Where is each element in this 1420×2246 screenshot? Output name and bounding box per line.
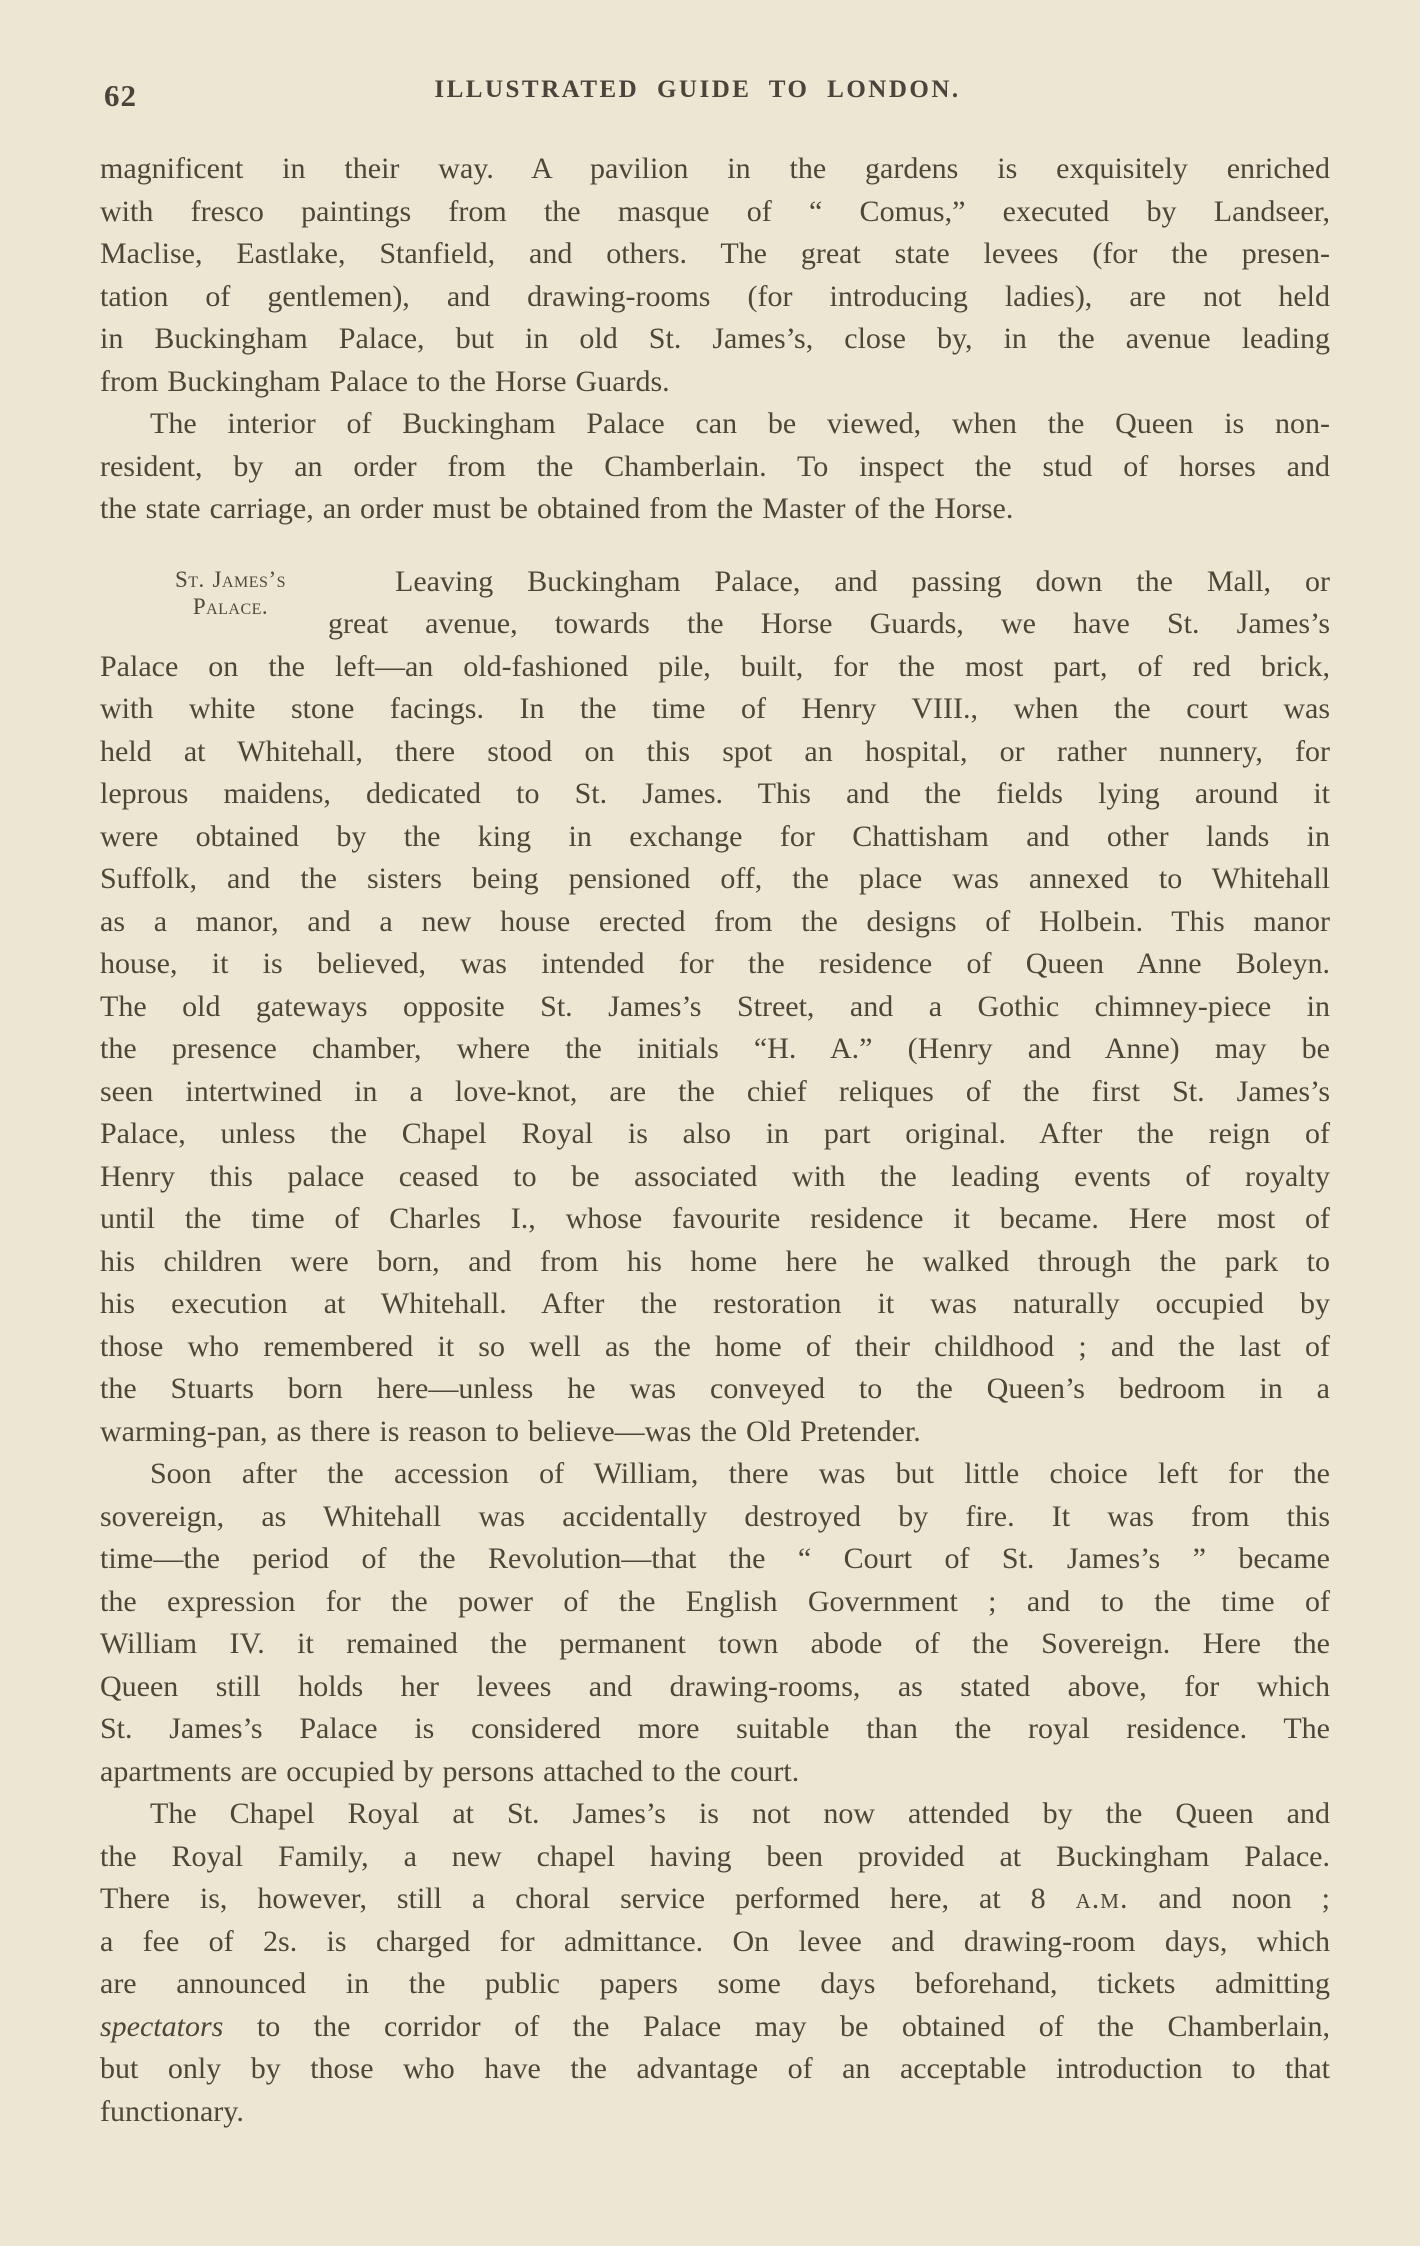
margin-sidenote: St. James’sPalace. [138,566,323,621]
text-line: There is, however, still a choral servic… [100,1878,1330,1921]
text-line: until the time of Charles I., whose favo… [100,1198,1330,1241]
text-segment: the state carriage, an order must be obt… [100,492,1013,525]
text-segment: are announced in the public papers some … [100,1967,1330,2000]
text-line: those who remembered it so well as the h… [100,1326,1330,1369]
text-line: with fresco paintings from the masque of… [100,191,1330,234]
text-segment: Leaving Buckingham Palace, and passing d… [395,565,1330,598]
text-line: sovereign, as Whitehall was accidentally… [100,1496,1330,1539]
text-line: were obtained by the king in exchange fo… [100,816,1330,859]
book-page: 62 ILLUSTRATED GUIDE TO LONDON. magnific… [0,0,1420,2246]
text-segment: Suffolk, and the sisters being pensioned… [100,862,1330,895]
text-line: Palace on the left—an old-fashioned pile… [100,646,1330,689]
text-segment: the expression for the power of the Engl… [100,1585,1330,1618]
text-line: Maclise, Eastlake, Stanfield, and others… [100,233,1330,276]
text-segment: apartments are occupied by persons attac… [100,1755,799,1788]
text-segment: tation of gentlemen), and drawing-rooms … [100,280,1330,313]
paragraph-pavilion-levees: magnificent in their way. A pavilion in … [100,148,1330,403]
text-line: The interior of Buckingham Palace can be… [100,403,1330,446]
text-line: as a manor, and a new house erected from… [100,901,1330,944]
text-segment: but only by those who have the advantage… [100,2052,1330,2085]
paragraph-interior-viewing: The interior of Buckingham Palace can be… [100,403,1330,531]
text-line: The Chapel Royal at St. James’s is not n… [100,1793,1330,1836]
text-line: Soon after the accession of William, the… [100,1453,1330,1496]
text-line: warming-pan, as there is reason to belie… [100,1411,1330,1454]
text-segment: The Chapel Royal at St. James’s is not n… [150,1797,1330,1830]
text-segment: the Royal Family, a new chapel having be… [100,1840,1330,1873]
text-segment: time—the period of the Revolution—that t… [100,1542,1330,1575]
text-line: the expression for the power of the Engl… [100,1581,1330,1624]
text-segment: house, it is believed, was intended for … [100,947,1330,980]
text-line: William IV. it remained the permanent to… [100,1623,1330,1666]
text-line: The old gateways opposite St. James’s St… [100,986,1330,1029]
text-segment: Maclise, Eastlake, Stanfield, and others… [100,237,1330,270]
paragraph-chapel-royal: The Chapel Royal at St. James’s is not n… [100,1793,1330,2133]
text-line: magnificent in their way. A pavilion in … [100,148,1330,191]
text-line: held at Whitehall, there stood on this s… [100,731,1330,774]
text-segment-italic: spectators [100,2010,223,2043]
sidenote-line: St. James’s [138,566,323,594]
body-text: magnificent in their way. A pavilion in … [100,148,1330,2133]
text-segment: Soon after the accession of William, the… [150,1457,1330,1490]
text-segment: were obtained by the king in exchange fo… [100,820,1330,853]
text-segment: functionary. [100,2095,244,2128]
text-segment: held at Whitehall, there stood on this s… [100,735,1330,768]
text-segment: until the time of Charles I., whose favo… [100,1202,1330,1235]
text-line: Queen still holds her levees and drawing… [100,1666,1330,1709]
text-line: in Buckingham Palace, but in old St. Jam… [100,318,1330,361]
text-line: time—the period of the Revolution—that t… [100,1538,1330,1581]
text-line: seen intertwined in a love-knot, are the… [100,1071,1330,1114]
text-segment: resident, by an order from the Chamberla… [100,450,1330,483]
text-line: Palace, unless the Chapel Royal is also … [100,1113,1330,1156]
text-segment: his children were born, and from his hom… [100,1245,1330,1278]
text-segment: the presence chamber, where the initials… [100,1032,1330,1065]
text-segment: as a manor, and a new house erected from… [100,905,1330,938]
text-segment: sovereign, as Whitehall was accidentally… [100,1500,1330,1533]
text-line: spectators to the corridor of the Palace… [100,2006,1330,2049]
text-segment: to the corridor of the Palace may be obt… [223,2010,1330,2043]
text-line: tation of gentlemen), and drawing-rooms … [100,276,1330,319]
text-segment-smallcaps: a.m. [1076,1882,1129,1915]
text-segment: from Buckingham Palace to the Horse Guar… [100,365,670,398]
text-line: the presence chamber, where the initials… [100,1028,1330,1071]
text-line: Suffolk, and the sisters being pensioned… [100,858,1330,901]
paragraph-st-james-palace-history: St. James’sPalace.Leaving Buckingham Pal… [100,561,1330,1454]
text-line: Henry this palace ceased to be associate… [100,1156,1330,1199]
text-segment: Henry this palace ceased to be associate… [100,1160,1330,1193]
text-segment: Palace, unless the Chapel Royal is also … [100,1117,1330,1150]
text-segment: St. James’s Palace is considered more su… [100,1712,1330,1745]
text-line: are announced in the public papers some … [100,1963,1330,2006]
text-segment: warming-pan, as there is reason to belie… [100,1415,921,1448]
text-line: the state carriage, an order must be obt… [100,488,1330,531]
text-line: resident, by an order from the Chamberla… [100,446,1330,489]
text-segment: his execution at Whitehall. After the re… [100,1287,1330,1320]
page-header: 62 ILLUSTRATED GUIDE TO LONDON. [100,76,1325,116]
text-segment: those who remembered it so well as the h… [100,1330,1330,1363]
text-line: with white stone facings. In the time of… [100,688,1330,731]
text-segment: and noon ; [1128,1882,1330,1915]
text-line: his children were born, and from his hom… [100,1241,1330,1284]
text-segment: the Stuarts born here—unless he was conv… [100,1372,1330,1405]
text-line: but only by those who have the advantage… [100,2048,1330,2091]
text-segment: leprous maidens, dedicated to St. James.… [100,777,1330,810]
text-segment: in Buckingham Palace, but in old St. Jam… [100,322,1330,355]
text-line: apartments are occupied by persons attac… [100,1751,1330,1794]
text-segment: with fresco paintings from the masque of… [100,195,1330,228]
text-segment: with white stone facings. In the time of… [100,692,1330,725]
text-segment: magnificent in their way. A pavilion in … [100,152,1330,185]
paragraph-accession-of-william: Soon after the accession of William, the… [100,1453,1330,1793]
text-segment: Queen still holds her levees and drawing… [100,1670,1330,1703]
text-line: a fee of 2s. is charged for admittance. … [100,1921,1330,1964]
text-segment: There is, however, still a choral servic… [100,1882,1076,1915]
text-line: functionary. [100,2091,1330,2134]
text-segment: great avenue, towards the Horse Guards, … [328,607,1330,640]
text-segment: The interior of Buckingham Palace can be… [150,407,1330,440]
sidenote-line: Palace. [138,593,323,621]
text-line: the Stuarts born here—unless he was conv… [100,1368,1330,1411]
text-segment: Palace on the left—an old-fashioned pile… [100,650,1330,683]
text-line: the Royal Family, a new chapel having be… [100,1836,1330,1879]
text-line: his execution at Whitehall. After the re… [100,1283,1330,1326]
text-line: from Buckingham Palace to the Horse Guar… [100,361,1330,404]
text-line: leprous maidens, dedicated to St. James.… [100,773,1330,816]
running-title: ILLUSTRATED GUIDE TO LONDON. [100,76,1295,104]
text-segment: a fee of 2s. is charged for admittance. … [100,1925,1330,1958]
text-segment: The old gateways opposite St. James’s St… [100,990,1330,1023]
text-line: house, it is believed, was intended for … [100,943,1330,986]
text-segment: William IV. it remained the permanent to… [100,1627,1330,1660]
text-line: St. James’s Palace is considered more su… [100,1708,1330,1751]
text-segment: seen intertwined in a love-knot, are the… [100,1075,1330,1108]
